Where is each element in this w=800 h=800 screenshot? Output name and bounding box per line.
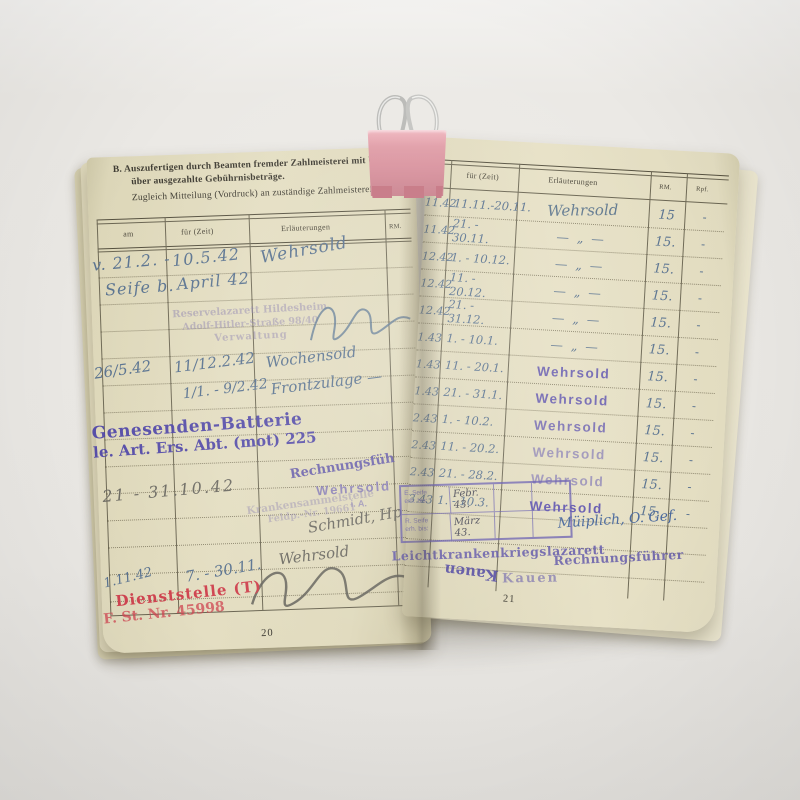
entry-zeit: April 42 xyxy=(176,268,251,293)
entry-am: 21 - 31.10.42 xyxy=(102,475,236,506)
battery-unit-stamp: Genesenden-Batterie le. Art. Ers. Abt. (… xyxy=(91,408,317,462)
soap-empty-cell xyxy=(493,483,532,511)
photo-of-soldbuch: B. Auszufertigen durch Beamten fremder Z… xyxy=(0,0,800,800)
soap-value: Febr. 43. xyxy=(449,483,495,513)
entry-erl: Frontzulage — xyxy=(270,367,383,398)
left-page: B. Auszufertigen durch Beamten fremder Z… xyxy=(86,146,431,653)
column-header-am: am xyxy=(123,229,134,238)
rechnungsfuehrer-stamp-partial: Rechnungsfüh xyxy=(289,451,396,482)
entry-am: v. 21.2. - xyxy=(91,249,171,275)
column-header-zeit: für (Zeit) xyxy=(466,171,499,182)
column-header-rpf: Rpf. xyxy=(696,186,709,194)
binder-clip-feet xyxy=(366,186,448,198)
column-header-zeit: für (Zeit) xyxy=(181,226,214,236)
page-number: 20 xyxy=(261,628,274,639)
binder-clip xyxy=(358,86,458,206)
soap-empty-cell xyxy=(494,511,533,538)
entry-erl: Wehrsold xyxy=(259,233,350,268)
entry-am: Seife b. xyxy=(104,276,175,300)
section-heading-line2: über ausgezahlte Gebührnisbeträge. xyxy=(131,172,285,187)
section-heading-line3: Zugleich Mitteilung (Vordruck) an zustän… xyxy=(132,185,380,204)
section-heading-line1: B. Auszufertigen durch Beamten fremder Z… xyxy=(113,155,393,175)
table-rule xyxy=(98,238,412,250)
entry-erl: Wochensold xyxy=(265,343,358,372)
kauen-stamp: Kauen xyxy=(502,571,559,587)
column-header-rm: RM. xyxy=(659,184,672,192)
entry-zeit: 11/12.2.42 xyxy=(173,349,256,377)
soap-empty-cell xyxy=(531,482,570,510)
column-header-erl: Erläuterungen xyxy=(281,222,331,233)
right-page: am für (Zeit) Erläuterungen RM. Rpf. 11.… xyxy=(402,137,740,634)
soap-value: März 43. xyxy=(449,511,495,540)
page-number: 21 xyxy=(503,594,516,606)
column-header-erl: Erläuterungen xyxy=(548,175,598,187)
book-gutter-shadow xyxy=(399,138,441,650)
